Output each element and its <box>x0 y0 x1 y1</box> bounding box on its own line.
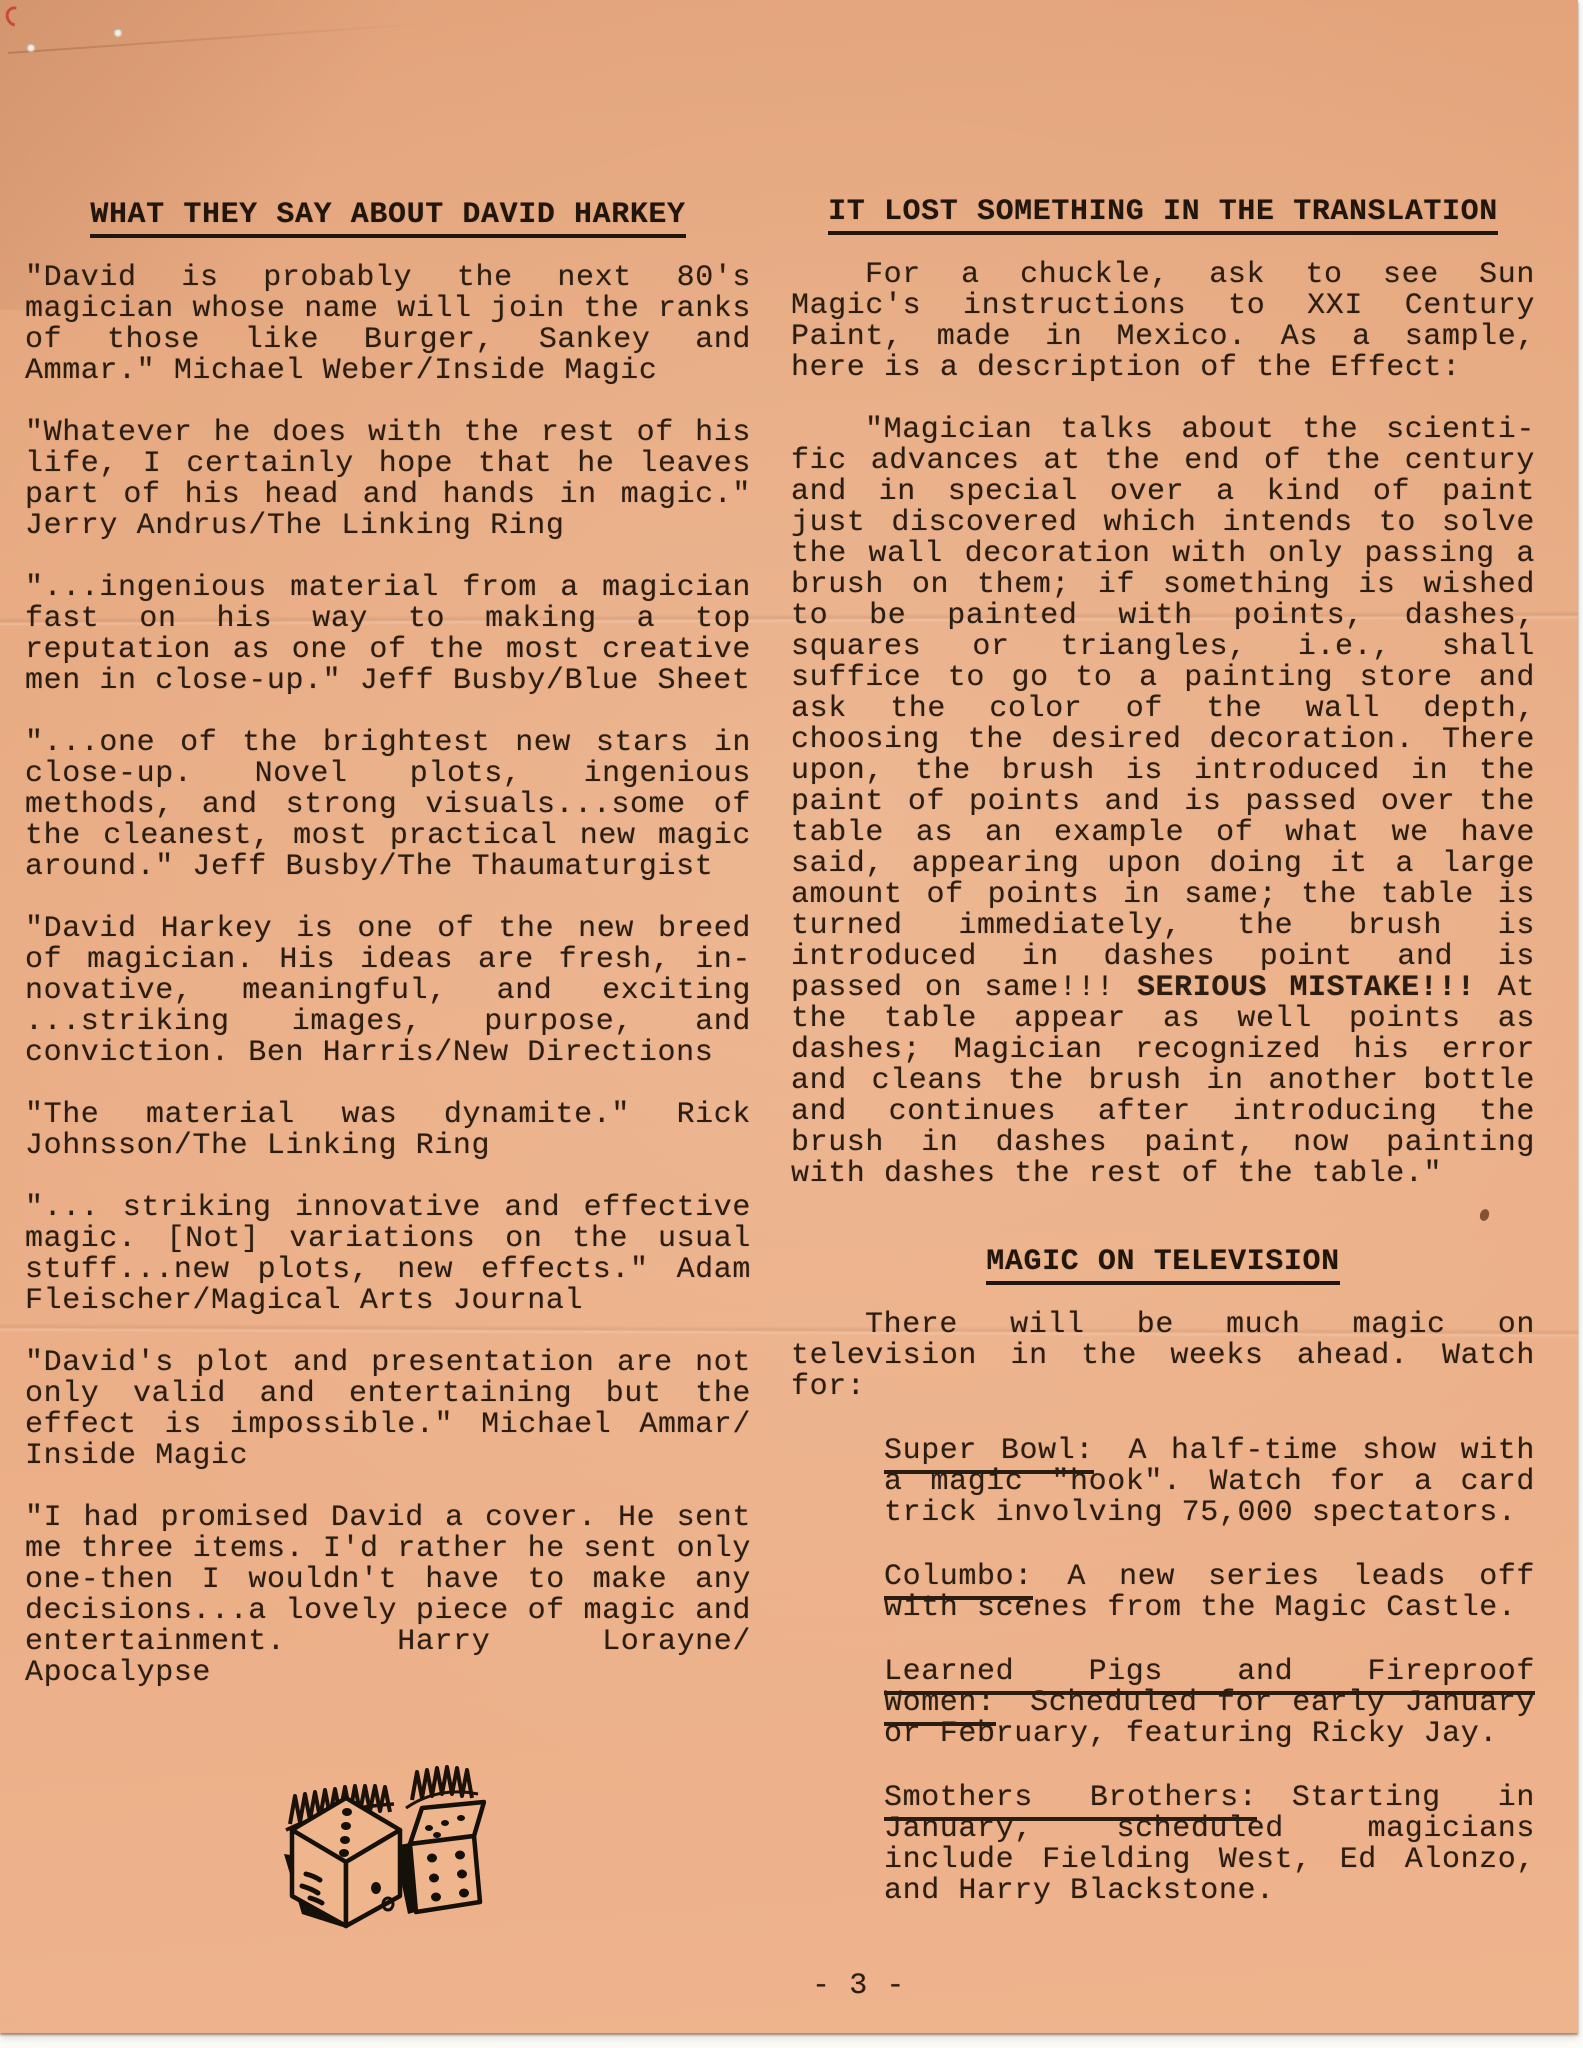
page-number: - 3 - <box>812 1969 905 2003</box>
effect-text-post: At the table appear as well points as da… <box>791 971 1535 1191</box>
paper-speck <box>1478 1208 1490 1222</box>
quote-paragraph: "David Harkey is one of the new breed of… <box>25 914 751 1069</box>
heading-underlined-text: IT LOST SOMETHING IN THE TRANSLATION <box>828 195 1498 235</box>
left-column: WHAT THEY SAY ABOUT DAVID HARKEY "David … <box>25 200 751 1689</box>
right-die <box>410 1802 484 1912</box>
motion-scribble <box>412 1767 472 1800</box>
newsletter-paper: WHAT THEY SAY ABOUT DAVID HARKEY "David … <box>0 0 1578 2033</box>
dice-illustration <box>276 1754 486 1946</box>
staple-hole <box>114 28 122 36</box>
tv-listing-paragraph: Learned Pigs and Fireproof Women:Schedul… <box>884 1657 1535 1750</box>
quote-paragraph: "David's plot and presentation are not o… <box>25 1348 751 1472</box>
tv-listing-paragraph: Columbo:A new series leads off with scen… <box>884 1562 1535 1624</box>
tv-listing-paragraph: Smothers Brothers:Starting in January, s… <box>884 1783 1535 1907</box>
heading-underlined-text: MAGIC ON TELEVISION <box>986 1245 1339 1285</box>
left-column-heading: WHAT THEY SAY ABOUT DAVID HARKEY <box>25 200 751 231</box>
serious-mistake-emphasis: SERIOUS MISTAKE!!! <box>1137 971 1476 1005</box>
staple-hole <box>27 43 35 51</box>
quote-paragraph: "...ingenious material from a magician f… <box>25 573 751 697</box>
magic-on-television-section: MAGIC ON TELEVISION There will be much m… <box>791 1247 1535 1907</box>
corner-fold-line <box>8 22 437 54</box>
quote-paragraph: "David is probably the next 80's magicia… <box>25 263 751 387</box>
red-pen-mark <box>2 2 30 30</box>
tv-listing-smothers-brothers: Smothers Brothers:Starting in January, s… <box>884 1783 1535 1907</box>
quote-paragraph: "Whatever he does with the rest of his l… <box>25 418 751 542</box>
heading-underlined-text: WHAT THEY SAY ABOUT DAVID HARKEY <box>90 198 685 238</box>
right-column-heading: IT LOST SOMETHING IN THE TRANSLATION <box>791 197 1535 228</box>
right-column: IT LOST SOMETHING IN THE TRANSLATION For… <box>791 197 1535 1190</box>
scanned-newsletter-page: WHAT THEY SAY ABOUT DAVID HARKEY "David … <box>0 0 1583 2048</box>
tv-listing-learned-pigs: Learned Pigs and Fireproof Women:Schedul… <box>884 1657 1535 1750</box>
tv-listing-columbo: Columbo:A new series leads off with scen… <box>884 1562 1535 1624</box>
effect-description-paragraph: "Magician talks about the scienti-fic ad… <box>791 415 1535 1190</box>
effect-text-pre: "Magician talks about the scienti-fic ad… <box>791 413 1535 1005</box>
quote-paragraph: "The material was dynamite." Rick Johnss… <box>25 1100 751 1162</box>
tv-intro-paragraph: There will be much magic on television i… <box>791 1310 1535 1403</box>
intro-paragraph: For a chuckle, ask to see Sun Magic's in… <box>791 260 1535 384</box>
tv-listing-paragraph: Super Bowl:A half-time show with a magic… <box>884 1436 1535 1529</box>
tv-listing-super-bowl: Super Bowl:A half-time show with a magic… <box>884 1436 1535 1529</box>
tv-section-heading: MAGIC ON TELEVISION <box>791 1247 1535 1278</box>
quote-paragraph: "I had promised David a cover. He sent m… <box>25 1503 751 1689</box>
quote-paragraph: "... striking innovative and effective m… <box>25 1193 751 1317</box>
quote-paragraph: "...one of the brightest new stars in cl… <box>25 728 751 883</box>
